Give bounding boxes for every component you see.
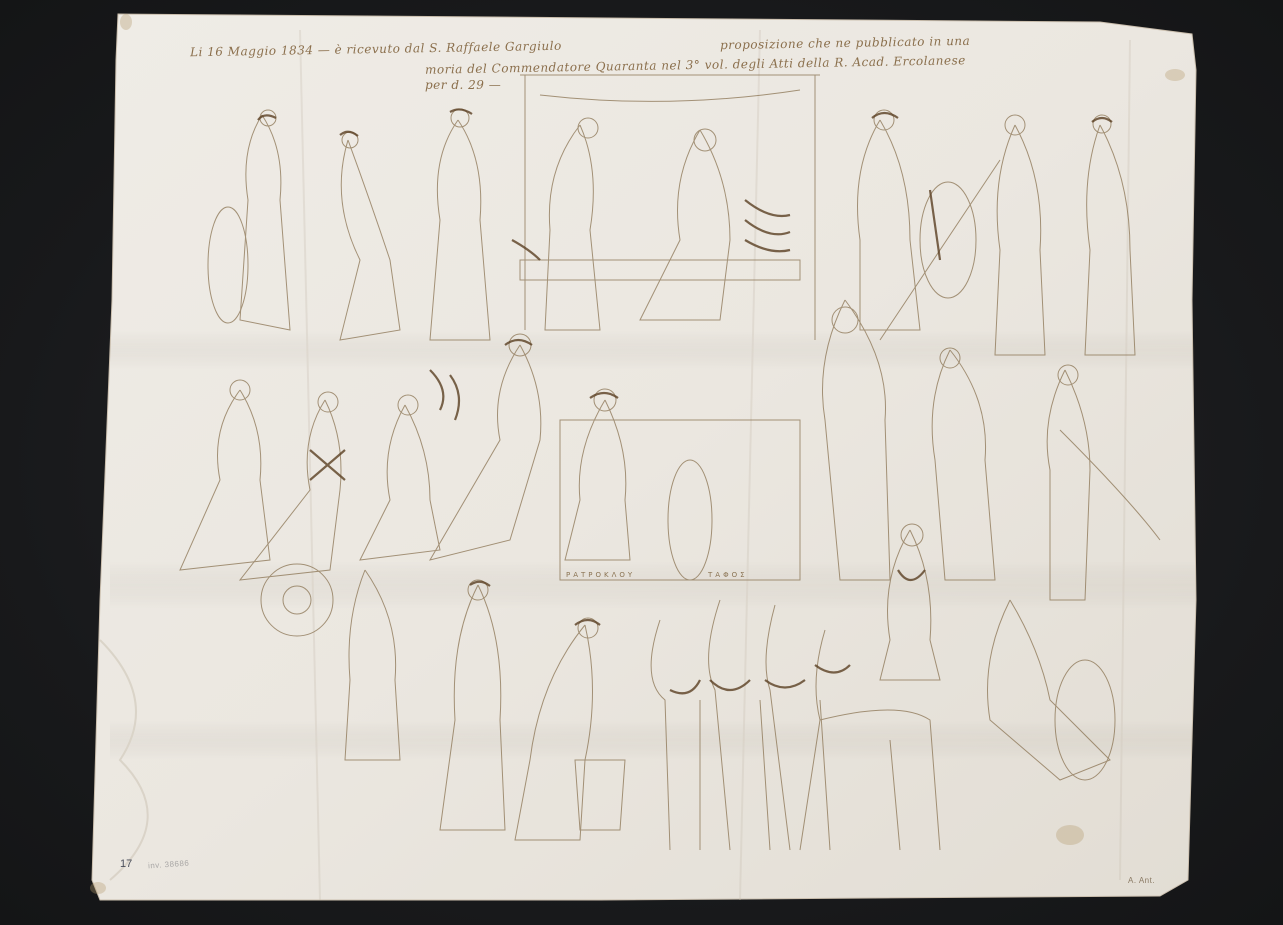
greek-inscription-right: ΤΑΦΟΣ <box>708 571 748 579</box>
drawing-sheet <box>0 0 1283 925</box>
signature-bottom-right: A. Ant. <box>1128 876 1155 885</box>
inscription-line3: per d. 29 — <box>425 78 501 92</box>
greek-inscription-left: ΡΑΤΡΟΚΛΟΥ <box>566 571 635 579</box>
paper <box>92 14 1196 900</box>
inventory-number: 17 <box>120 858 132 870</box>
